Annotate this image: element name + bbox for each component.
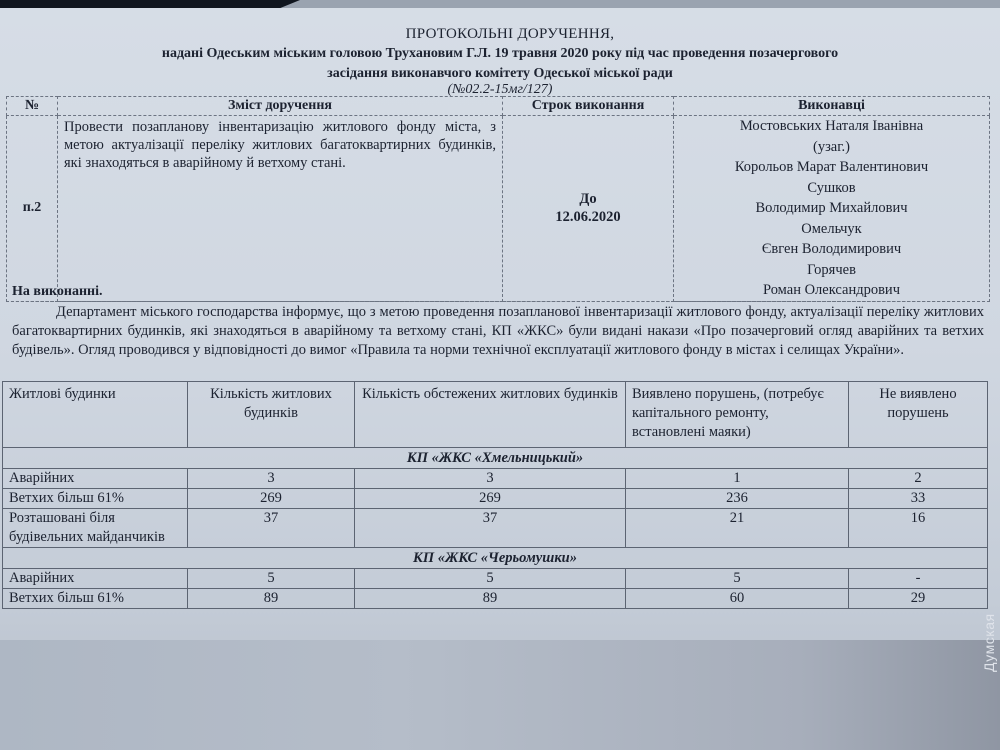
header-buildings: Житлові будинки [3,382,188,448]
paper-shadow [0,640,1000,750]
table-row: Ветхих більш 61% 89 89 60 29 [3,589,988,609]
cell-inspected: 269 [355,489,626,509]
inspection-table-header: Житлові будинки Кількість житлових будин… [3,382,988,448]
document-subtitle-line-1: надані Одеським міським головою Труханов… [0,44,1000,63]
cell-no-violations: 2 [849,469,988,489]
header-violations: Виявлено порушень, (потребує капітальног… [626,382,849,448]
group-name: КП «ЖКС «Хмельницький» [3,448,988,469]
executor-line: Омельчук [680,219,983,240]
cell-total: 37 [188,509,355,548]
deadline-prefix: До [509,190,667,208]
group-row: КП «ЖКС «Черьомушки» [3,548,988,569]
row-label: Аварійних [3,469,188,489]
row-label: Аварійних [3,569,188,589]
executor-line: (узаг.) [680,137,983,158]
row-label: Ветхих більш 61% [3,489,188,509]
task-number: п.2 [7,116,58,302]
status-block: На виконанні. Департамент міського госпо… [6,283,990,360]
cell-violations: 5 [626,569,849,589]
cell-total: 3 [188,469,355,489]
cell-inspected: 37 [355,509,626,548]
document-header: ПРОТОКОЛЬНІ ДОРУЧЕННЯ, надані Одеським м… [0,26,1000,98]
executor-line: Мостовських Наталя Іванівна [680,116,983,137]
cell-inspected: 5 [355,569,626,589]
table-row: Розташовані біля будівельних майданчиків… [3,509,988,548]
executor-line: Сушков [680,178,983,199]
header-executors: Виконавці [674,97,990,116]
status-label: На виконанні. [6,283,990,302]
row-label: Ветхих більш 61% [3,589,188,609]
cell-no-violations: 33 [849,489,988,509]
executor-line: Володимир Михайлович [680,198,983,219]
cell-total: 269 [188,489,355,509]
header-number: № [7,97,58,116]
header-total: Кількість житлових будинків [188,382,355,448]
header-inspected: Кількість обстежених житлових будинків [355,382,626,448]
document-subtitle-line-2: засідання виконавчого комітету Одеської … [0,64,1000,83]
table-row: Ветхих більш 61% 269 269 236 33 [3,489,988,509]
table-row: Аварійних 3 3 1 2 [3,469,988,489]
header-no-violations: Не виявлено порушень [849,382,988,448]
cell-inspected: 3 [355,469,626,489]
task-table-header: № Зміст доручення Строк виконання Викона… [7,97,990,116]
deadline-date: 12.06.2020 [509,208,667,226]
row-label: Розташовані біля будівельних майданчиків [3,509,188,548]
task-executors: Мостовських Наталя Іванівна (узаг.) Коро… [674,116,990,302]
cell-violations: 1 [626,469,849,489]
task-deadline: До 12.06.2020 [503,116,674,302]
watermark: Думская [981,613,997,672]
cell-inspected: 89 [355,589,626,609]
cell-violations: 236 [626,489,849,509]
cell-violations: 60 [626,589,849,609]
inspection-table: Житлові будинки Кількість житлових будин… [2,381,988,609]
cell-total: 5 [188,569,355,589]
cell-no-violations: 29 [849,589,988,609]
task-table: № Зміст доручення Строк виконання Викона… [6,96,990,302]
executor-line: Євген Володимирович [680,239,983,260]
report-text: Департамент міського господарства інформ… [6,302,990,360]
task-row: п.2 Провести позапланову інвентаризацію … [7,116,990,302]
task-content: Провести позапланову інвентаризацію житл… [58,116,503,302]
executor-line: Горячев [680,260,983,281]
executor-line: Корольов Марат Валентинович [680,157,983,178]
document-title: ПРОТОКОЛЬНІ ДОРУЧЕННЯ, [20,26,1000,43]
group-row: КП «ЖКС «Хмельницький» [3,448,988,469]
header-deadline: Строк виконання [503,97,674,116]
cell-total: 89 [188,589,355,609]
cell-violations: 21 [626,509,849,548]
table-row: Аварійних 5 5 5 - [3,569,988,589]
group-name: КП «ЖКС «Черьомушки» [3,548,988,569]
cell-no-violations: - [849,569,988,589]
cell-no-violations: 16 [849,509,988,548]
header-content: Зміст доручення [58,97,503,116]
